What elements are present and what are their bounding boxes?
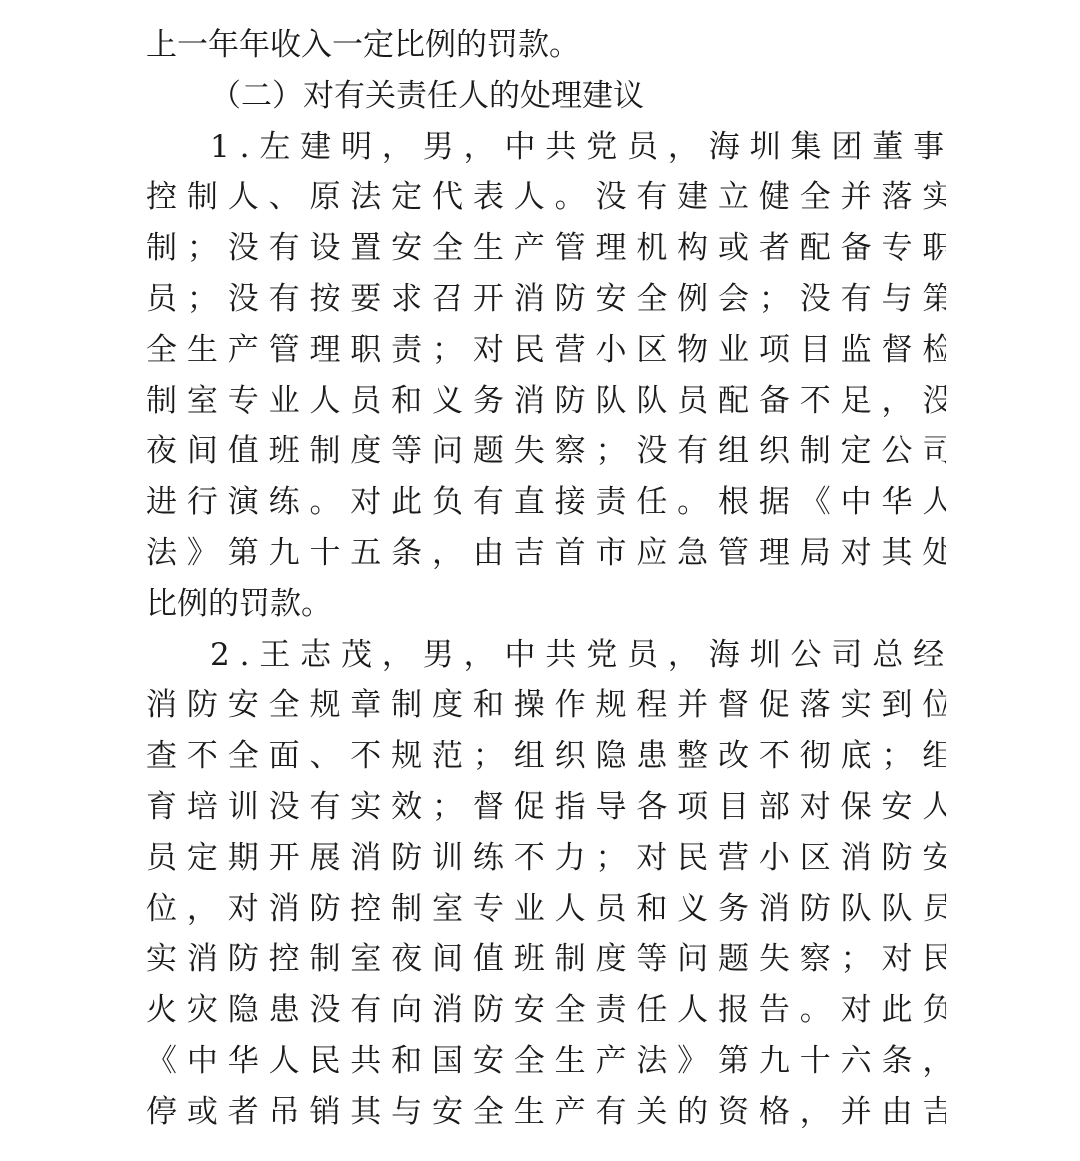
paragraph-line: 实 消 防 控 制 室 夜 间 值 班 制 度 等 问 题 失 察 ； 对 民 … [146,934,946,985]
paragraph-line-continuation: 上一年年收入一定比例的罚款。 [146,20,946,71]
paragraph-line: 制 ； 没 有 设 置 安 全 生 产 管 理 机 构 或 者 配 备 专 职 … [146,223,946,274]
document-page: 上一年年收入一定比例的罚款。 （二）对有关责任人的处理建议 1 . 左 建 明 … [146,20,946,1138]
paragraph-line: 进 行 演 练 。 对 此 负 有 直 接 责 任 。 根 据 《 中 华 人 … [146,477,946,528]
paragraph-line: 制 室 专 业 人 员 和 义 务 消 防 队 队 员 配 备 不 足 ， 没 … [146,376,946,427]
section-heading: （二）对有关责任人的处理建议 [146,71,946,122]
paragraph-line: 查 不 全 面 、 不 规 范 ； 组 织 隐 患 整 改 不 彻 底 ； 组 … [146,731,946,782]
paragraph-line-item-1-start: 1 . 左 建 明 ， 男 ， 中 共 党 员 ， 海 圳 集 团 董 事 长 … [146,122,946,173]
paragraph-line: 法 》 第 九 十 五 条 ， 由 吉 首 市 应 急 管 理 局 对 其 处 … [146,528,946,579]
paragraph-line: 全 生 产 管 理 职 责 ； 对 民 营 小 区 物 业 项 目 监 督 检 … [146,325,946,376]
paragraph-line: 控 制 人 、 原 法 定 代 表 人 。 没 有 建 立 健 全 并 落 实 … [146,172,946,223]
paragraph-line-item-2-start: 2 . 王 志 茂 ， 男 ， 中 共 党 员 ， 海 圳 公 司 总 经 理 … [146,630,946,681]
paragraph-line-end: 比例的罚款。 [146,579,946,630]
paragraph-line: 员 定 期 开 展 消 防 训 练 不 力 ； 对 民 营 小 区 消 防 安 … [146,833,946,884]
paragraph-line: 夜 间 值 班 制 度 等 问 题 失 察 ； 没 有 组 织 制 定 公 司 … [146,426,946,477]
paragraph-line: 停 或 者 吊 销 其 与 安 全 生 产 有 关 的 资 格 ， 并 由 吉 … [146,1087,946,1138]
paragraph-line: 员 ； 没 有 按 要 求 召 开 消 防 安 全 例 会 ； 没 有 与 第 … [146,274,946,325]
paragraph-line: 位 ， 对 消 防 控 制 室 专 业 人 员 和 义 务 消 防 队 队 员 … [146,884,946,935]
paragraph-line: 《 中 华 人 民 共 和 国 安 全 生 产 法 》 第 九 十 六 条 ， … [146,1036,946,1087]
paragraph-line: 火 灾 隐 患 没 有 向 消 防 安 全 责 任 人 报 告 。 对 此 负 … [146,985,946,1036]
paragraph-line: 育 培 训 没 有 实 效 ； 督 促 指 导 各 项 目 部 对 保 安 人 … [146,782,946,833]
paragraph-line: 消 防 安 全 规 章 制 度 和 操 作 规 程 并 督 促 落 实 到 位 … [146,680,946,731]
